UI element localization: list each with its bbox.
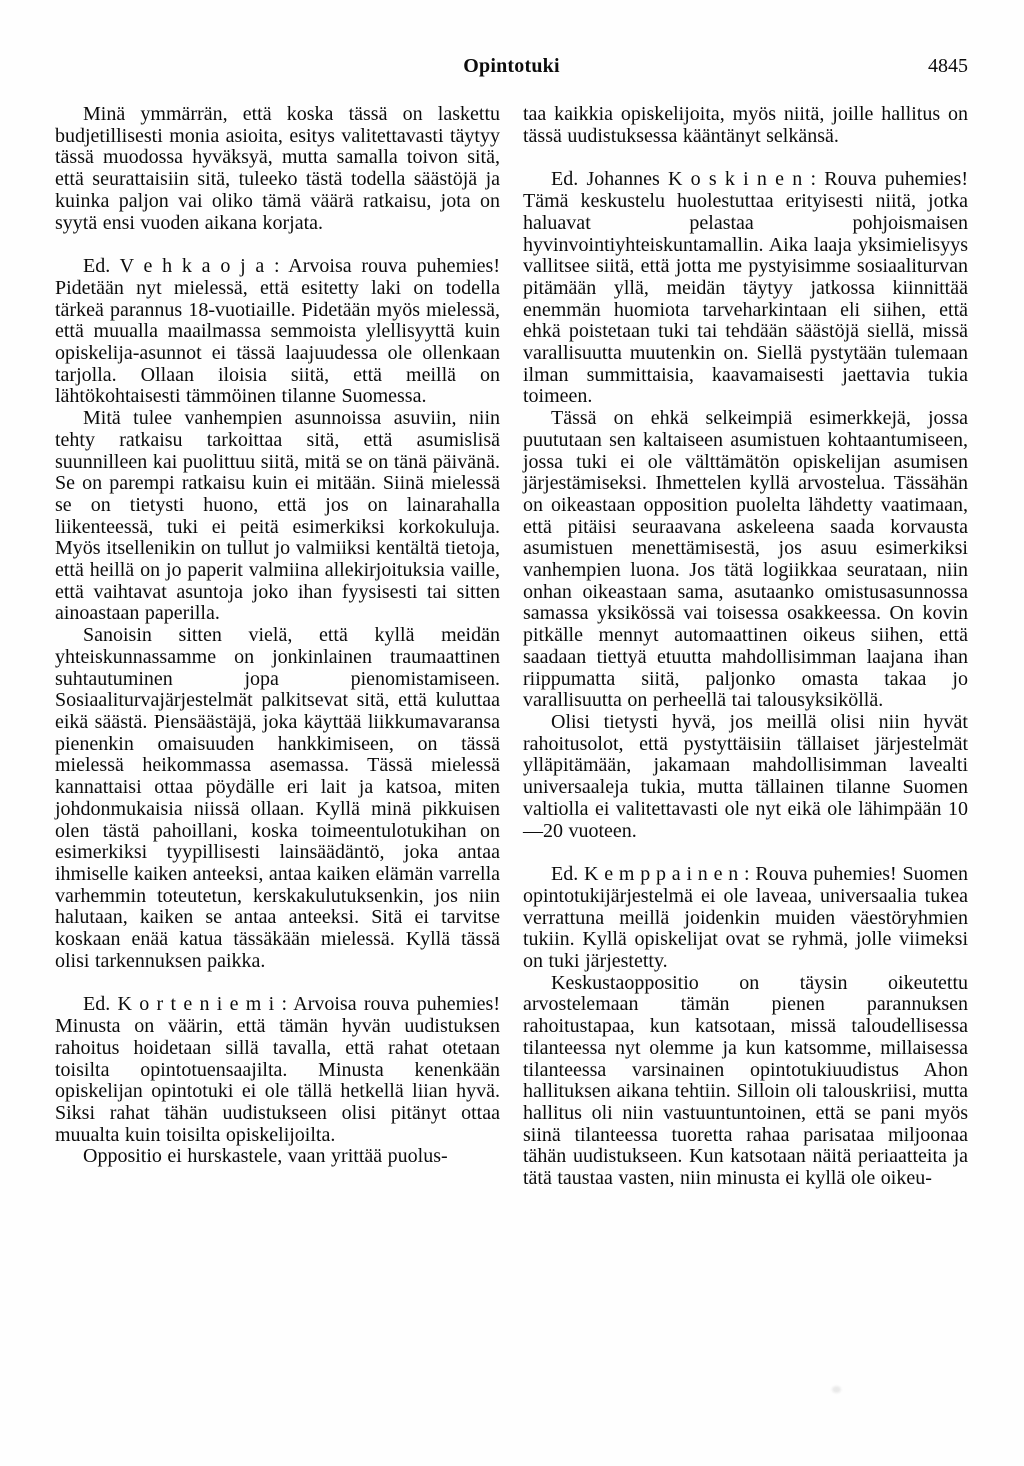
paragraph: Oppositio ei hurskastele, vaan yrittää p… (55, 1146, 500, 1168)
paragraph: Ed. V e h k a o j a : Arvoisa rouva puhe… (55, 256, 500, 408)
paragraph: Sanoisin sitten vielä, että kyllä meidän… (55, 625, 500, 972)
paragraph: Ed. K o r t e n i e m i : Arvoisa rouva … (55, 994, 500, 1146)
paragraph: Olisi tietysti hyvä, jos meillä olisi ni… (523, 712, 968, 842)
column-left: Minä ymmärrän, että koska tässä on laske… (55, 104, 500, 1190)
paragraph: taa kaikkia opiskelijoita, myös niitä, j… (523, 104, 968, 147)
page-number: 4845 (928, 54, 968, 78)
page-header: Opintotuki 4845 (55, 54, 968, 80)
column-right: taa kaikkia opiskelijoita, myös niitä, j… (523, 104, 968, 1190)
text-columns: Minä ymmärrän, että koska tässä on laske… (55, 104, 968, 1190)
paragraph: Ed. K e m p p a i n e n : Rouva puhemies… (523, 864, 968, 973)
paragraph: Tässä on ehkä selkeimpiä esimerkkejä, jo… (523, 408, 968, 712)
paragraph: Ed. Johannes K o s k i n e n : Rouva puh… (523, 169, 968, 408)
document-page: Opintotuki 4845 Minä ymmärrän, että kosk… (0, 0, 1024, 1466)
scan-artifact (832, 1386, 841, 1393)
page-title: Opintotuki (55, 54, 968, 78)
paragraph: Mitä tulee vanhempien asunnoissa asuviin… (55, 408, 500, 625)
paragraph: Keskustaoppositio on täysin oikeutettu a… (523, 973, 968, 1190)
paragraph: Minä ymmärrän, että koska tässä on laske… (55, 104, 500, 234)
